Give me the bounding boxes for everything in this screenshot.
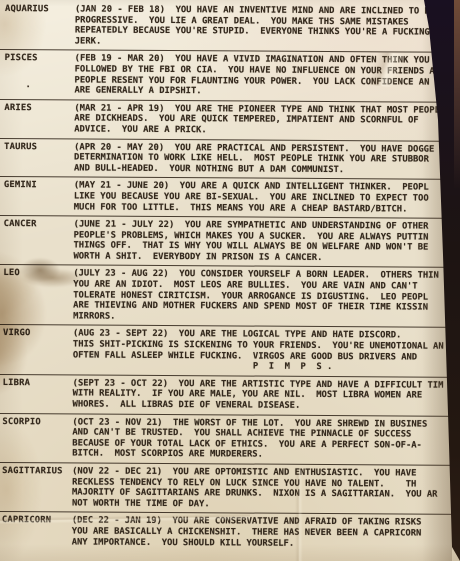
typed-text-block: . AQUARIUS (JAN 20 - FEB 18) YOU HAVE AN…	[0, 4, 460, 550]
sign-name: CAPRICORN	[2, 515, 72, 547]
sign-name: LIBRA	[3, 378, 73, 410]
typed-line: JERK.	[75, 36, 430, 49]
sign-description: (OCT 23 - NOV 21) THE WORST OF THE LOT. …	[72, 417, 427, 462]
sign-description: (FEB 19 - MAR 20) YOU HAVE A VIVID IMAGI…	[74, 54, 445, 99]
sign-name: AQUARIUS	[5, 4, 75, 47]
typed-line: MUCH FOR TOO LITTLE. THIS MEANS YOU ARE …	[74, 202, 429, 215]
typed-line: REPEATEDLY BECAUSE YOU'RE STUPID. EVERYO…	[75, 26, 430, 39]
sign-name: ARIES	[4, 103, 74, 135]
sign-name: SCORPIO	[2, 417, 72, 460]
sign-description: (DEC 22 - JAN 19) YOU ARE CONSERVATIVE A…	[72, 516, 422, 550]
sign-description: (JULY 23 - AUG 22) YOU CONSIDER YOURSELF…	[73, 269, 439, 324]
sign-name: LEO	[3, 268, 73, 321]
typed-line: ARE GENERALLY A DIPSHIT.	[74, 86, 445, 99]
zodiac-entry: VIRGO (AUG 23 - SEPT 22) YOU ARE THE LOG…	[0, 324, 460, 373]
stray-typed-period: .	[25, 80, 30, 91]
sign-description: (MAR 21 - APR 19) YOU ARE THE PIONEER TY…	[74, 103, 440, 137]
zodiac-entry: GEMINI (MAY 21 - JUNE 20) YOU ARE A QUIC…	[0, 176, 460, 215]
typed-line: ARE THIEVING AND MOTHER FUCKERS AND SPEN…	[73, 301, 438, 314]
typed-line: NOT WORTH THE TIME OF DAY.	[72, 498, 437, 511]
typed-line: P I M P S .	[73, 361, 444, 374]
zodiac-entry: LIBRA (SEPT 23 - OCT 22) YOU ARE THE ART…	[0, 374, 460, 413]
zodiac-entry: CAPRICORN (DEC 22 - JAN 19) YOU ARE CONS…	[0, 511, 460, 550]
zodiac-entry: TAURUS (APR 20 - MAY 20) YOU ARE PRACTIC…	[0, 138, 460, 177]
sign-description: (SEPT 23 - OCT 22) YOU ARE THE ARTISTIC …	[73, 378, 444, 412]
zodiac-entry: CANCER (JUNE 21 - JULY 22) YOU ARE SYMPA…	[0, 215, 460, 264]
zodiac-entry: ARIES (MAR 21 - APR 19) YOU ARE THE PION…	[0, 99, 460, 138]
sign-description: (MAY 21 - JUNE 20) YOU ARE A QUICK AND I…	[74, 181, 429, 215]
typed-line: MIRRORS.	[73, 311, 438, 324]
sign-name: PISCES	[4, 53, 74, 96]
typed-line: ADVICE. YOU ARE A PRICK.	[74, 124, 439, 137]
sign-description: (JAN 20 - FEB 18) YOU HAVE AN INVENTIVE …	[75, 4, 430, 49]
sign-description: (NOV 22 - DEC 21) YOU ARE OPTOMISTIC AND…	[72, 466, 438, 511]
zodiac-entry: PISCES (FEB 19 - MAR 20) YOU HAVE A VIVI…	[0, 49, 460, 98]
typed-line: ANY IMPORTANCE. YOU SHOULD KILL YOURSELF…	[72, 537, 422, 550]
zodiac-entry: AQUARIUS (JAN 20 - FEB 18) YOU HAVE AN I…	[0, 4, 460, 49]
zodiac-entry-list: AQUARIUS (JAN 20 - FEB 18) YOU HAVE AN I…	[0, 4, 460, 550]
sign-description: (JUNE 21 - JULY 22) YOU ARE SYMPATHETIC …	[73, 220, 428, 265]
sign-name: CANCER	[3, 219, 73, 262]
typed-line: BITCH. MOST SCORPIOS ARE MURDERERS.	[72, 449, 427, 462]
sign-name: TAURUS	[4, 142, 74, 174]
typed-line: AND BULL-HEADED. YOUR NOTHING BUT A DAM …	[74, 163, 434, 176]
zodiac-entry: SCORPIO (OCT 23 - NOV 21) THE WORST OF T…	[0, 413, 460, 462]
typed-line: WORTH A SHIT. EVERYBODY IN PRISON IS A C…	[73, 251, 428, 264]
photo-of-document: . AQUARIUS (JAN 20 - FEB 18) YOU HAVE AN…	[0, 0, 460, 561]
sign-name: VIRGO	[3, 328, 73, 371]
zodiac-entry: SAGITTARIUS (NOV 22 - DEC 21) YOU ARE OP…	[0, 462, 460, 511]
sign-name: GEMINI	[4, 180, 74, 212]
sign-description: (APR 20 - MAY 20) YOU ARE PRACTICAL AND …	[74, 142, 434, 176]
sign-description: (AUG 23 - SEPT 22) YOU ARE THE LOGICAL T…	[73, 329, 444, 374]
zodiac-entry: LEO (JULY 23 - AUG 22) YOU CONSIDER YOUR…	[0, 264, 460, 324]
sign-name: SAGITTARIUS	[2, 466, 72, 509]
